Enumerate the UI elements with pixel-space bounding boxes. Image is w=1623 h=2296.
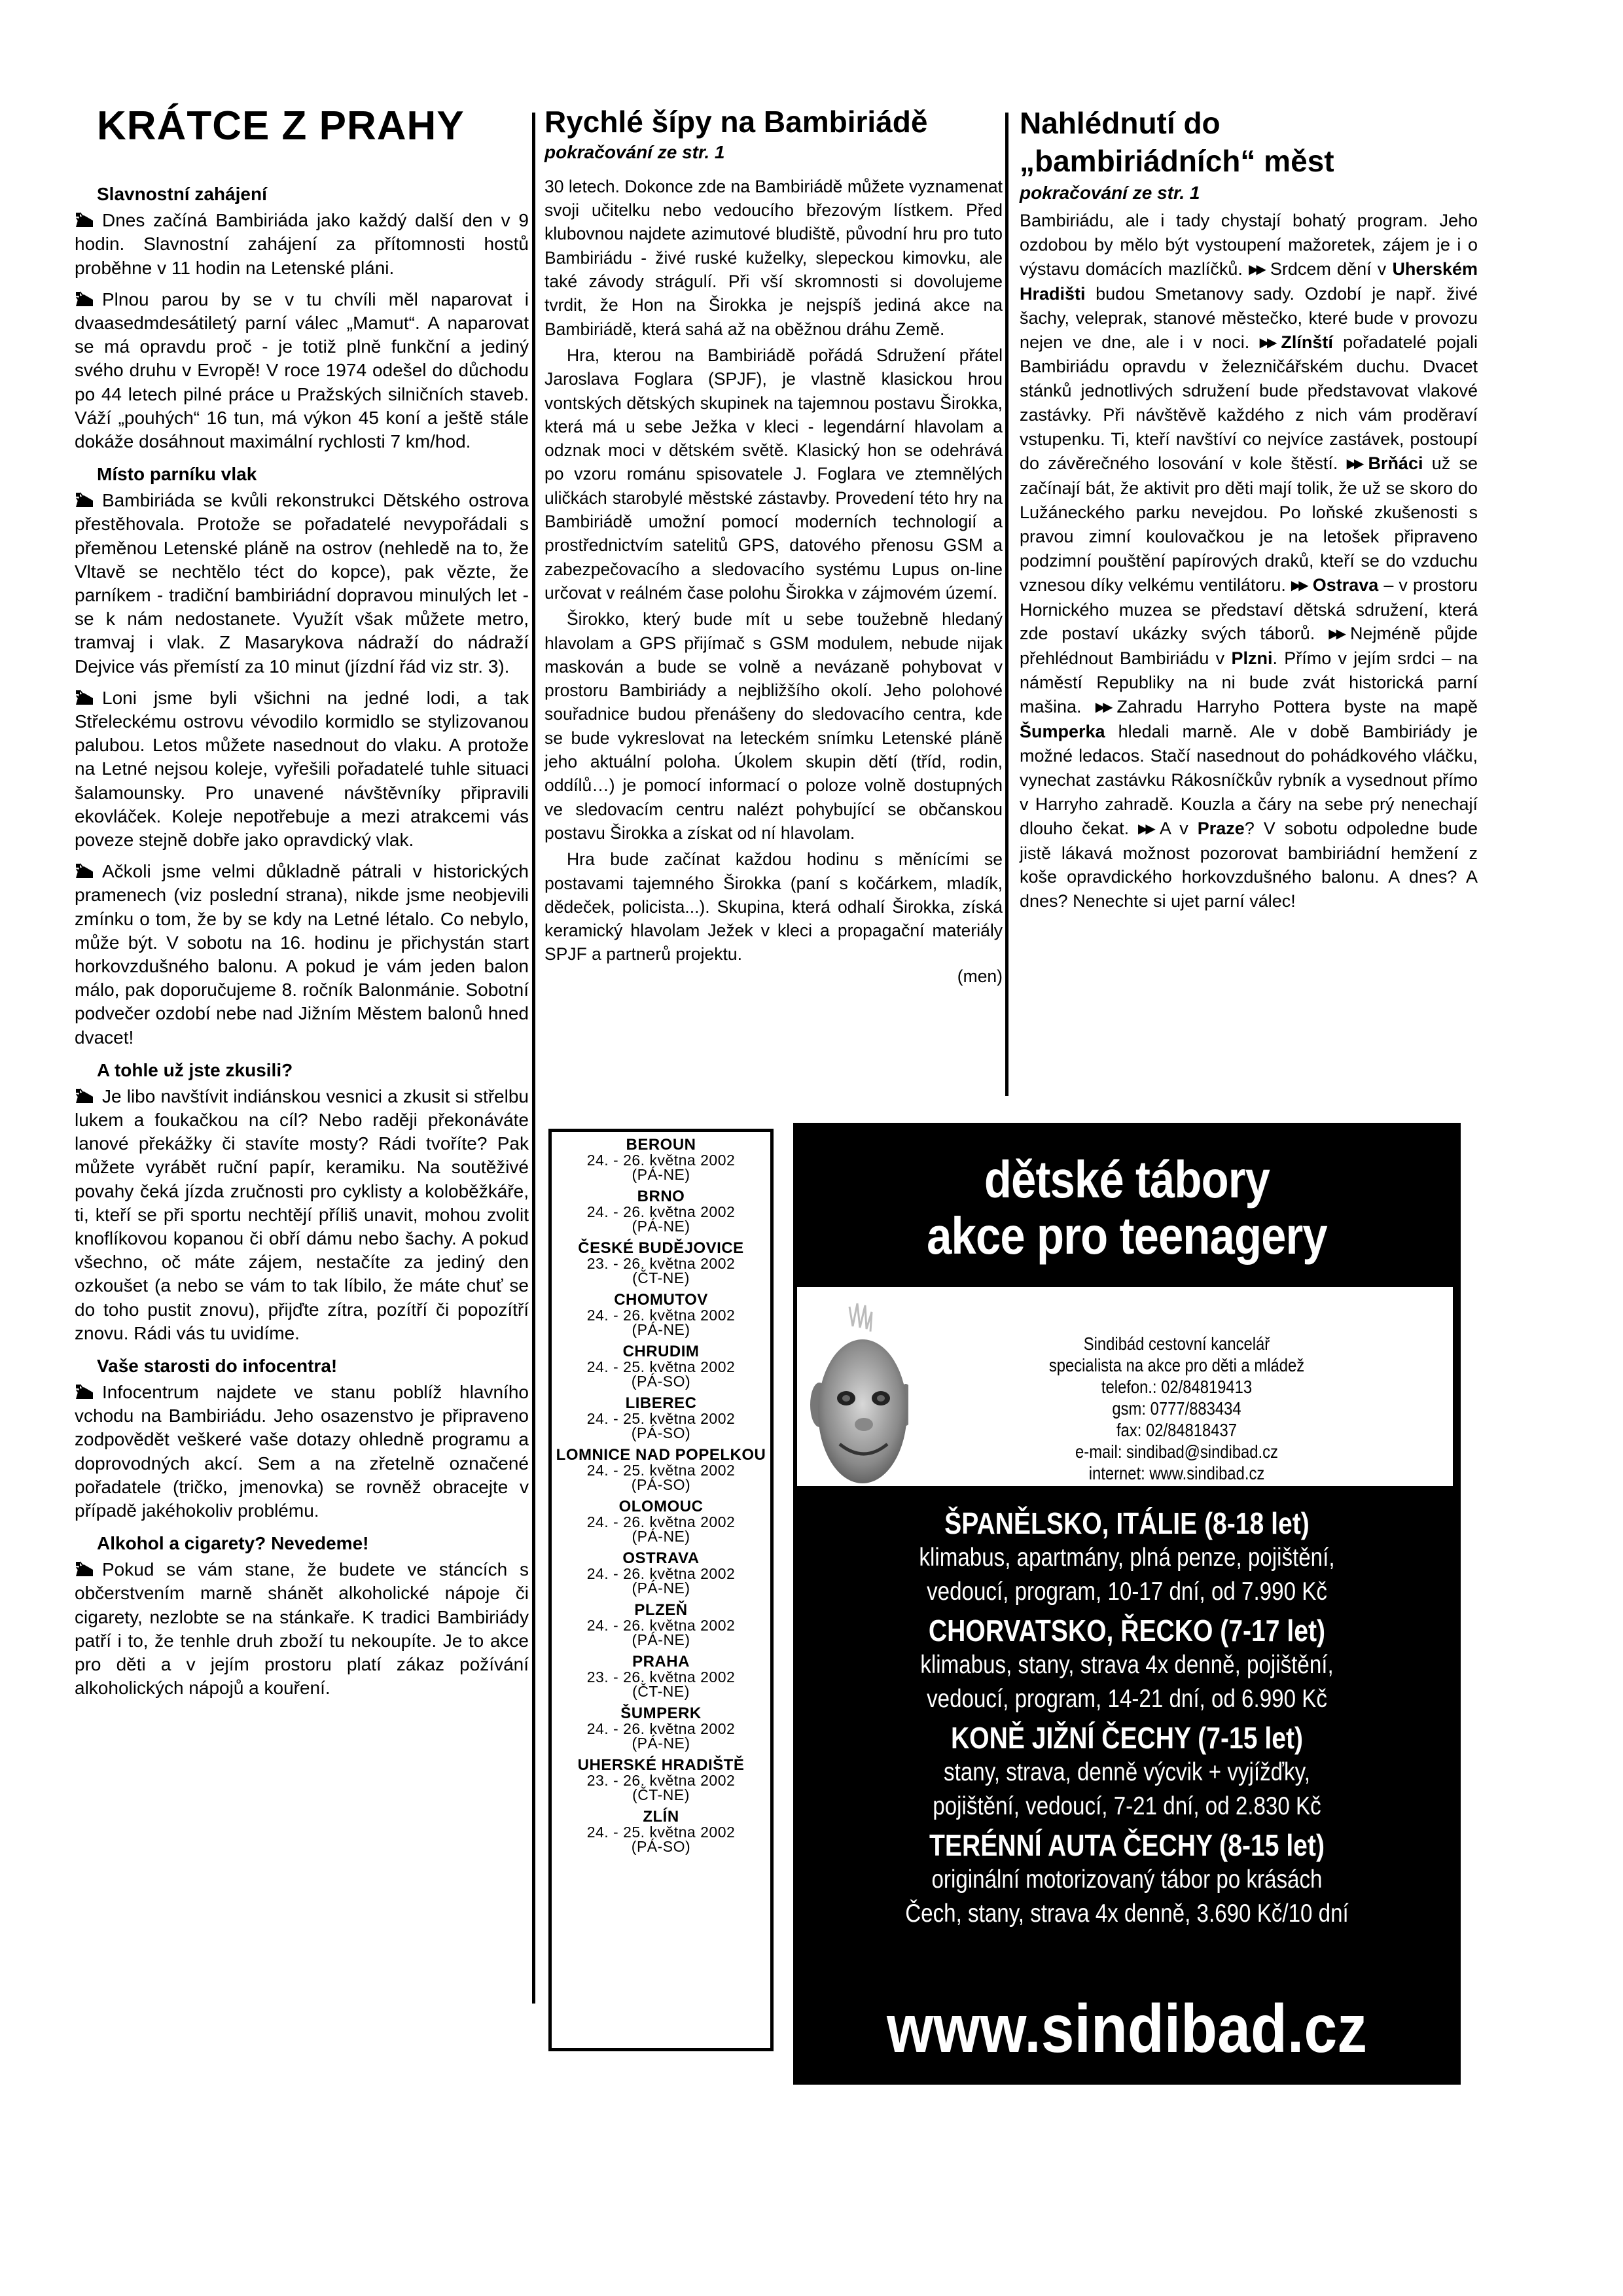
article-paragraph: Širokko, který bude mít u sebe toužebně … xyxy=(544,607,1003,845)
ad-offer: ŠPANĚLSKO, ITÁLIE (8-18 let)klimabus, ap… xyxy=(793,1506,1461,1609)
city-days: (PÁ-NE) xyxy=(552,1633,770,1647)
city-days: (PÁ-SO) xyxy=(552,1426,770,1440)
city-entry: PLZEŇ24. - 26. května 2002(PÁ-NE) xyxy=(552,1602,770,1647)
city-date: 24. - 26. května 2002 xyxy=(552,1308,770,1322)
city-entry: LOMNICE NAD POPELKOU24. - 25. května 200… xyxy=(552,1447,770,1492)
ad-offers-list: ŠPANĚLSKO, ITÁLIE (8-18 let)klimabus, ap… xyxy=(793,1506,1461,1935)
fast-forward-icon: ▶▶ xyxy=(1347,452,1362,476)
city-entry: BRNO24. - 26. května 2002(PÁ-NE) xyxy=(552,1189,770,1233)
paragraph-text: Je libo navštívit indiánskou vesnici a z… xyxy=(75,1086,529,1343)
city-name: Plzni xyxy=(1231,648,1272,668)
page-title: KRÁTCE Z PRAHY xyxy=(97,105,529,147)
offer-title: ŠPANĚLSKO, ITÁLIE (8-18 let) xyxy=(844,1506,1411,1541)
city-name: ČESKÉ BUDĚJOVICE xyxy=(552,1241,770,1256)
offer-line1: stany, strava, denně výcvik + vyjížďky, xyxy=(944,1758,1310,1786)
left-column-kratce-z-prahy: KRÁTCE Z PRAHY Slavnostní zahájeníDnes z… xyxy=(97,105,529,1708)
news-paragraph: Ačkoli jsme velmi důkladně pátrali v his… xyxy=(75,860,529,1050)
city-entry: OSTRAVA24. - 26. května 2002(PÁ-NE) xyxy=(552,1551,770,1595)
pen-writing-icon xyxy=(75,491,94,508)
news-paragraph: Infocentrum najdete ve stanu poblíž hlav… xyxy=(75,1381,529,1523)
city-date: 24. - 26. května 2002 xyxy=(552,1205,770,1219)
city-name: CHRUDIM xyxy=(552,1344,770,1360)
column-divider-right xyxy=(1005,113,1008,1096)
city-days: (PÁ-NE) xyxy=(552,1219,770,1233)
section-heading: A tohle už jste zkusili? xyxy=(97,1059,529,1082)
city-days: (ČT-NE) xyxy=(552,1271,770,1285)
paragraph-text: Pokud se vám stane, že budete ve stáncíc… xyxy=(75,1559,529,1698)
city-name: BEROUN xyxy=(552,1137,770,1153)
section-heading: Slavnostní zahájení xyxy=(97,183,529,206)
segment-post: pořadatelé pojali Bambiriádu opravdu v ž… xyxy=(1020,332,1478,474)
fast-forward-icon: ▶▶ xyxy=(1138,817,1153,841)
gsm-number: gsm: 0777/883434 xyxy=(954,1398,1399,1419)
city-date: 24. - 26. května 2002 xyxy=(552,1722,770,1736)
city-days: (PÁ-SO) xyxy=(552,1374,770,1388)
ad-offer: KONĚ JIŽNÍ ČECHY (7-15 let)stany, strava… xyxy=(793,1720,1461,1824)
section-heading: Alkohol a cigarety? Nevedeme! xyxy=(97,1532,529,1555)
city-date: 24. - 26. května 2002 xyxy=(552,1618,770,1633)
internet-link[interactable]: internet: www.sindibad.cz xyxy=(954,1462,1399,1484)
section-heading: Vaše starosti do infocentra! xyxy=(97,1354,529,1378)
author-signature: (men) xyxy=(544,966,1003,986)
fast-forward-icon: ▶▶ xyxy=(1329,622,1344,646)
city-date: 24. - 26. května 2002 xyxy=(552,1153,770,1167)
company-tagline: specialista na akce pro děti a mládež xyxy=(954,1354,1399,1376)
article-title: Nahlédnutí do „bambiriádních“ měst xyxy=(1020,105,1478,180)
ad-headline: dětské tábory akce pro teenagery xyxy=(840,1123,1414,1264)
pen-writing-icon xyxy=(75,1561,94,1578)
paragraph-text: Dnes začíná Bambiriáda jako každý další … xyxy=(75,210,529,277)
city-schedule-box: BEROUN24. - 26. května 2002(PÁ-NE)BRNO24… xyxy=(548,1129,774,2051)
company-name: Sindibád cestovní kancelář xyxy=(954,1333,1399,1354)
segment-pre: Srdcem dění v xyxy=(1270,259,1393,279)
city-entry: ČESKÉ BUDĚJOVICE23. - 26. května 2002(ČT… xyxy=(552,1241,770,1285)
ad-contact-panel: Sindibád cestovní kancelář specialista n… xyxy=(797,1287,1453,1486)
article-paragraph: Hra, kterou na Bambiriádě pořádá Sdružen… xyxy=(544,344,1003,605)
pen-writing-icon xyxy=(75,862,94,879)
city-name: UHERSKÉ HRADIŠTĚ xyxy=(552,1757,770,1773)
city-name: Zlínští xyxy=(1281,332,1333,352)
city-name: Brňáci xyxy=(1368,453,1423,473)
phone-number: telefon.: 02/84819413 xyxy=(954,1376,1399,1398)
offer-line1: klimabus, stany, strava 4x denně, pojišt… xyxy=(920,1651,1333,1679)
column-divider-left xyxy=(532,113,535,2004)
pen-writing-icon xyxy=(75,689,94,706)
segment-pre: A v xyxy=(1160,819,1198,838)
offer-line2: vedoucí, program, 10-17 dní, od 7.990 Kč xyxy=(927,1578,1327,1606)
article-body: Bambiriádu, ale i tady chystají bohatý p… xyxy=(1020,209,1478,913)
city-date: 23. - 26. května 2002 xyxy=(552,1773,770,1788)
city-entry: UHERSKÉ HRADIŠTĚ23. - 26. května 2002(ČT… xyxy=(552,1757,770,1802)
city-name: LIBEREC xyxy=(552,1396,770,1411)
left-sections: Slavnostní zahájeníDnes začíná Bambiriád… xyxy=(97,183,529,1700)
article-paragraph: 30 letech. Dokonce zde na Bambiriádě můž… xyxy=(544,175,1003,341)
right-column-article: Nahlédnutí do „bambiriádních“ měst pokra… xyxy=(1020,105,1478,913)
offer-line2: Čech, stany, strava 4x denně, 3.690 Kč/1… xyxy=(905,1899,1349,1928)
city-date: 24. - 25. května 2002 xyxy=(552,1463,770,1477)
paragraph-text: Loni jsme byli všichni na jedné lodi, a … xyxy=(75,688,529,850)
article-title-line2: „bambiriádních“ měst xyxy=(1020,144,1334,178)
offer-details: klimabus, apartmány, plná penze, pojiště… xyxy=(844,1541,1411,1609)
city-days: (PÁ-NE) xyxy=(552,1736,770,1750)
segment-post: už se začínají bát, že aktivit pro děti … xyxy=(1020,453,1478,595)
fax-number: fax: 02/84818437 xyxy=(954,1419,1399,1441)
city-entry: PRAHA23. - 26. května 2002(ČT-NE) xyxy=(552,1654,770,1699)
website-link[interactable]: www.sindibad.cz xyxy=(833,1993,1421,2065)
offer-title: KONĚ JIŽNÍ ČECHY (7-15 let) xyxy=(844,1720,1411,1756)
city-name: Šumperka xyxy=(1020,722,1105,741)
news-paragraph: Bambiriáda se kvůli rekonstrukci Dětskéh… xyxy=(75,489,529,679)
offer-line1: originální motorizovaný tábor po krásách xyxy=(931,1865,1322,1894)
city-date: 24. - 25. května 2002 xyxy=(552,1411,770,1426)
city-days: (PÁ-NE) xyxy=(552,1167,770,1182)
fast-forward-icon: ▶▶ xyxy=(1260,331,1275,355)
city-name: LOMNICE NAD POPELKOU xyxy=(552,1447,770,1463)
city-name: CHOMUTOV xyxy=(552,1292,770,1308)
fast-forward-icon: ▶▶ xyxy=(1291,574,1306,598)
offer-line2: pojištění, vedoucí, 7-21 dní, od 2.830 K… xyxy=(933,1792,1321,1820)
news-paragraph: Loni jsme byli všichni na jedné lodi, a … xyxy=(75,686,529,852)
city-days: (PÁ-NE) xyxy=(552,1529,770,1544)
article-title-line1: Nahlédnutí do xyxy=(1020,106,1221,140)
ad-headline-line2: akce pro teenagery xyxy=(840,1208,1414,1264)
news-paragraph: Dnes začíná Bambiriáda jako každý další … xyxy=(75,209,529,280)
section-heading: Místo parníku vlak xyxy=(97,463,529,486)
fast-forward-icon: ▶▶ xyxy=(1096,696,1111,720)
offer-line1: klimabus, apartmány, plná penze, pojiště… xyxy=(919,1544,1334,1572)
pen-writing-icon xyxy=(75,211,94,228)
paragraph-text: Bambiriáda se kvůli rekonstrukci Dětskéh… xyxy=(75,490,529,676)
email-link[interactable]: e-mail: sindibad@sindibad.cz xyxy=(954,1441,1399,1462)
news-paragraph: Pokud se vám stane, že budete ve stáncíc… xyxy=(75,1558,529,1700)
city-date: 23. - 26. května 2002 xyxy=(552,1670,770,1684)
city-entry: ŠUMPERK24. - 26. května 2002(PÁ-NE) xyxy=(552,1706,770,1750)
city-name: ŠUMPERK xyxy=(552,1706,770,1722)
city-entry: CHOMUTOV24. - 26. května 2002(PÁ-NE) xyxy=(552,1292,770,1337)
city-date: 24. - 26. května 2002 xyxy=(552,1515,770,1529)
news-paragraph: Plnou parou by se v tu chvíli měl naparo… xyxy=(75,288,529,453)
city-days: (ČT-NE) xyxy=(552,1788,770,1802)
city-days: (PÁ-SO) xyxy=(552,1477,770,1492)
paragraph-text: Infocentrum najdete ve stanu poblíž hlav… xyxy=(75,1382,529,1521)
city-name: Ostrava xyxy=(1313,575,1379,595)
offer-title: CHORVATSKO, ŘECKO (7-17 let) xyxy=(844,1613,1411,1648)
continuation-note: pokračování ze str. 1 xyxy=(1020,183,1478,203)
ad-offer: TERÉNNÍ AUTA ČECHY (8-15 let)originální … xyxy=(793,1828,1461,1931)
city-date: 24. - 25. května 2002 xyxy=(552,1360,770,1374)
article-body: 30 letech. Dokonce zde na Bambiriádě můž… xyxy=(544,175,1003,966)
offer-line2: vedoucí, program, 14-21 dní, od 6.990 Kč xyxy=(927,1685,1327,1713)
city-date: 24. - 26. května 2002 xyxy=(552,1566,770,1581)
segment-pre: Zahradu Harryho Pottera byste na mapě xyxy=(1116,697,1478,716)
city-days: (PÁ-NE) xyxy=(552,1322,770,1337)
sindibad-advertisement: dětské tábory akce pro teenagery S xyxy=(793,1123,1461,2085)
city-entry: CHRUDIM24. - 25. května 2002(PÁ-SO) xyxy=(552,1344,770,1388)
middle-column-article: Rychlé šípy na Bambiriádě pokračování ze… xyxy=(544,105,1003,986)
offer-details: stany, strava, denně výcvik + vyjížďky,p… xyxy=(844,1756,1411,1824)
city-entry: OLOMOUC24. - 26. května 2002(PÁ-NE) xyxy=(552,1499,770,1544)
city-date: 24. - 25. května 2002 xyxy=(552,1825,770,1839)
baby-face-photo-icon xyxy=(810,1300,908,1483)
pen-writing-icon xyxy=(75,1087,94,1104)
article-paragraph: Hra bude začínat každou hodinu s měnícím… xyxy=(544,847,1003,966)
city-name: BRNO xyxy=(552,1189,770,1205)
city-name: ZLÍN xyxy=(552,1809,770,1825)
news-paragraph: Je libo navštívit indiánskou vesnici a z… xyxy=(75,1085,529,1345)
city-name: PRAHA xyxy=(552,1654,770,1670)
ad-offer: CHORVATSKO, ŘECKO (7-17 let)klimabus, st… xyxy=(793,1613,1461,1716)
ad-contact-info: Sindibád cestovní kancelář specialista n… xyxy=(954,1333,1399,1484)
city-date: 23. - 26. května 2002 xyxy=(552,1256,770,1271)
pen-writing-icon xyxy=(75,291,94,308)
city-days: (PÁ-NE) xyxy=(552,1581,770,1595)
fast-forward-icon: ▶▶ xyxy=(1249,258,1264,282)
city-days: (PÁ-SO) xyxy=(552,1839,770,1854)
continuation-note: pokračování ze str. 1 xyxy=(544,142,1003,163)
city-entry: BEROUN24. - 26. května 2002(PÁ-NE) xyxy=(552,1137,770,1182)
city-name: OSTRAVA xyxy=(552,1551,770,1566)
city-name: PLZEŇ xyxy=(552,1602,770,1618)
ad-headline-line1: dětské tábory xyxy=(840,1152,1414,1208)
city-days: (ČT-NE) xyxy=(552,1684,770,1699)
city-name: Praze xyxy=(1198,819,1245,838)
pen-writing-icon xyxy=(75,1383,94,1400)
offer-details: klimabus, stany, strava 4x denně, pojišt… xyxy=(844,1648,1411,1716)
city-entry: ZLÍN24. - 25. května 2002(PÁ-SO) xyxy=(552,1809,770,1854)
offer-details: originální motorizovaný tábor po krásách… xyxy=(844,1863,1411,1931)
article-title: Rychlé šípy na Bambiriádě xyxy=(544,105,1003,139)
paragraph-text: Plnou parou by se v tu chvíli měl naparo… xyxy=(75,289,529,451)
paragraph-text: Ačkoli jsme velmi důkladně pátrali v his… xyxy=(75,861,529,1047)
city-entry: LIBEREC24. - 25. května 2002(PÁ-SO) xyxy=(552,1396,770,1440)
offer-title: TERÉNNÍ AUTA ČECHY (8-15 let) xyxy=(844,1828,1411,1863)
city-name: OLOMOUC xyxy=(552,1499,770,1515)
